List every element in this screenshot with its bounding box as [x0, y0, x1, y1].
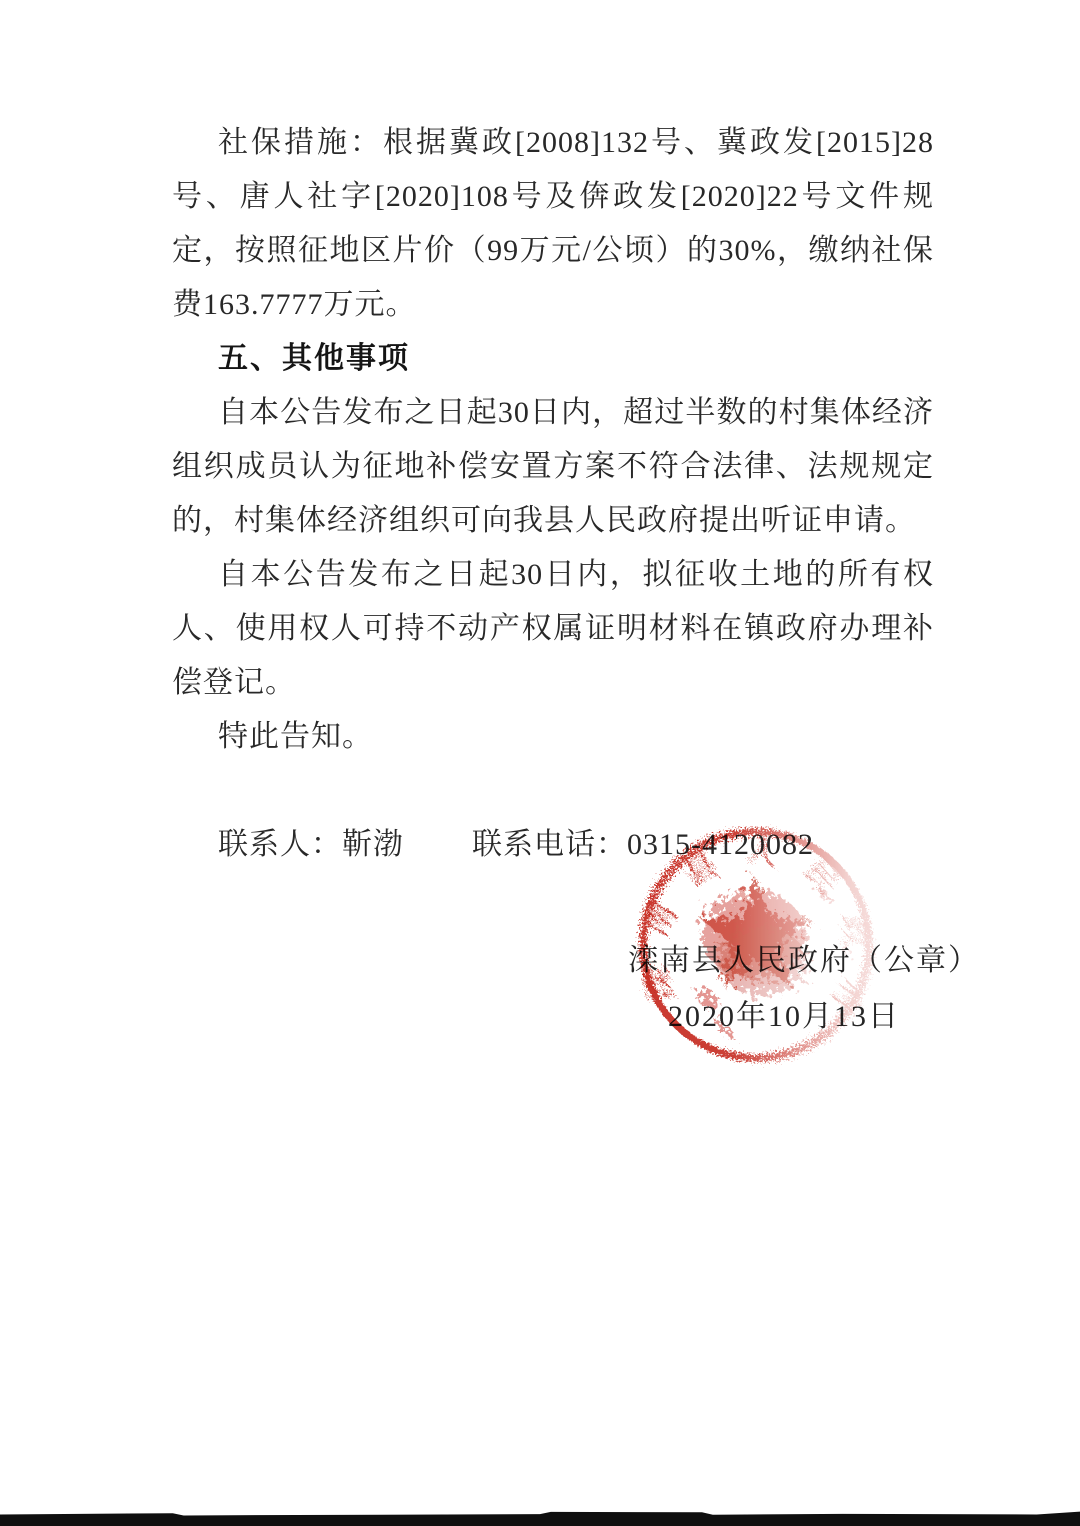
section-heading: 五、其他事项	[172, 332, 934, 386]
paragraph-compensation-registration: 自本公告发布之日起30日内，拟征收土地的所有权人、使用权人可持不动产权属证明材料…	[172, 548, 934, 710]
document-body: 社保措施：根据冀政[2008]132号、冀政发[2015]28号、唐人社字[20…	[172, 116, 934, 872]
signature-area: 滦南县人民政府 滦南县人民政府（公章） 2020年10月13日	[560, 795, 1030, 1095]
issue-date: 2020年10月13日	[668, 991, 900, 1035]
scan-edge-bar	[0, 1510, 1080, 1526]
document-page: 社保措施：根据冀政[2008]132号、冀政发[2015]28号、唐人社字[20…	[0, 0, 1080, 1526]
paragraph-closing-notice: 特此告知。	[172, 710, 934, 764]
paragraph-hearing-request: 自本公告发布之日起30日内，超过半数的村集体经济组织成员认为征地补偿安置方案不符…	[172, 386, 934, 548]
contact-person: 联系人：靳渤	[218, 828, 404, 861]
paragraph-social-security: 社保措施：根据冀政[2008]132号、冀政发[2015]28号、唐人社字[20…	[172, 116, 934, 332]
issuer-name: 滦南县人民政府（公章）	[628, 935, 980, 979]
